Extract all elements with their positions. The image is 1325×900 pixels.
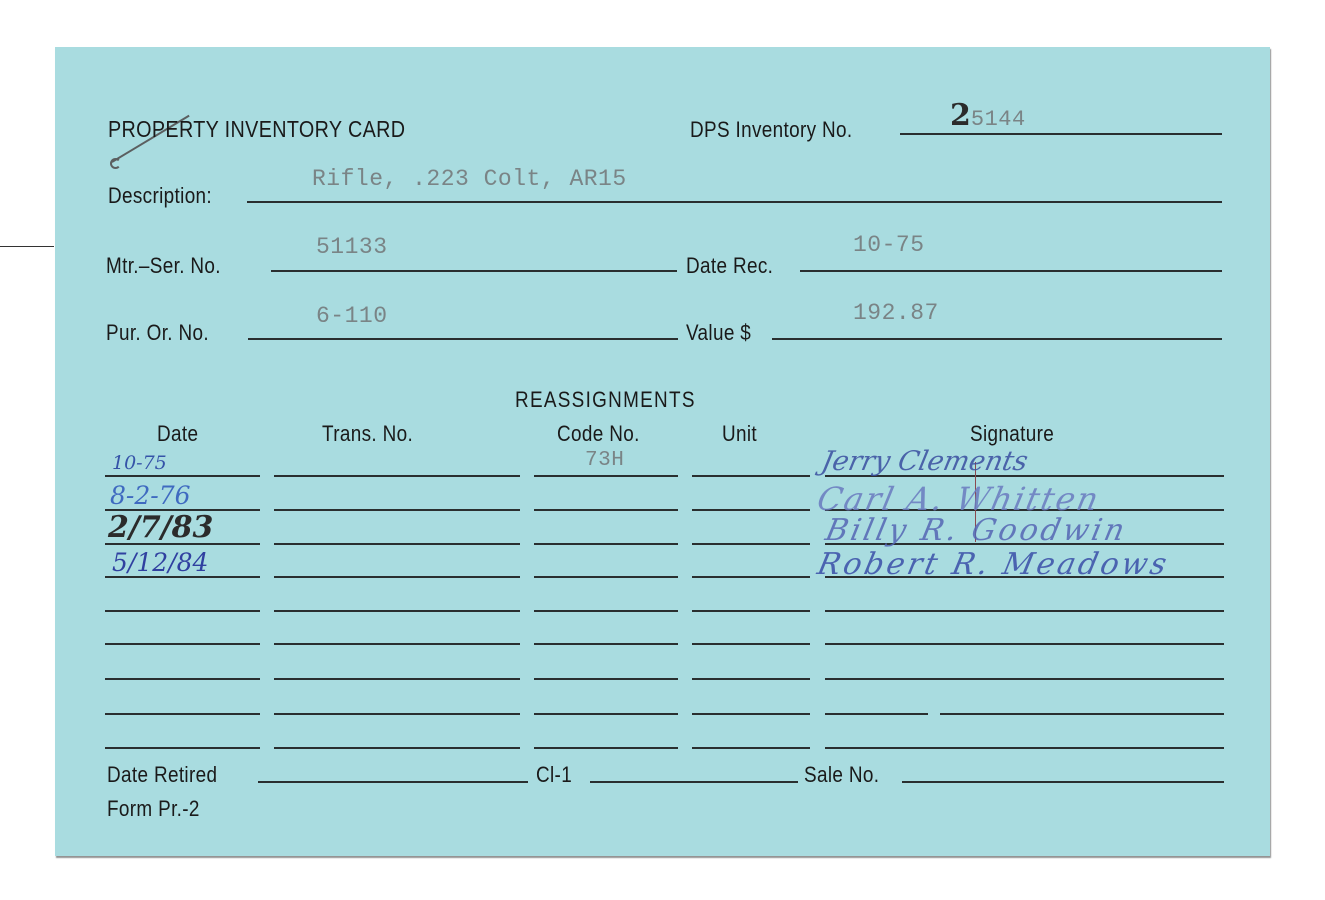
value-amount[interactable]: 192.87 <box>853 300 939 326</box>
property-inventory-card <box>55 47 1270 856</box>
card-title: PROPERTY INVENTORY CARD <box>108 116 405 143</box>
sale-no-label: Sale No. <box>804 762 879 788</box>
row-3-date[interactable]: 2/7/83 <box>108 510 213 545</box>
date-rec-line <box>800 270 1222 272</box>
column-header-code-no: Code No. <box>557 421 640 447</box>
mtr-ser-no-value[interactable]: 51133 <box>316 234 388 260</box>
description-value[interactable]: Rifle, .223 Colt, AR15 <box>312 166 627 192</box>
description-line <box>247 201 1222 203</box>
sale-no-line[interactable] <box>902 781 1224 783</box>
dps-inventory-label: DPS Inventory No. <box>690 117 853 143</box>
mtr-ser-no-label: Mtr.–Ser. No. <box>106 253 221 279</box>
dps-inventory-prefix: 2 <box>950 98 971 133</box>
date-rec-value[interactable]: 10-75 <box>853 232 925 258</box>
cl-1-line[interactable] <box>590 781 798 783</box>
row-1-signature[interactable]: Jerry Clements <box>819 446 1031 477</box>
date-retired-line[interactable] <box>258 781 528 783</box>
pur-or-no-value[interactable]: 6-110 <box>316 303 388 329</box>
column-header-trans-no: Trans. No. <box>322 421 413 447</box>
row-3-signature[interactable]: Billy R. Goodwin <box>822 513 1130 548</box>
row-1-date[interactable]: 10-75 <box>112 452 167 474</box>
pur-or-no-label: Pur. Or. No. <box>106 320 209 346</box>
value-label: Value $ <box>686 320 751 346</box>
row-4-signature[interactable]: Robert R. Meadows <box>814 547 1172 582</box>
dps-inventory-value: 5144 <box>971 107 1026 132</box>
mtr-ser-no-line <box>271 270 677 272</box>
paper-clip-end-icon <box>110 158 121 169</box>
pur-or-no-line <box>248 338 678 340</box>
row-4-date[interactable]: 5/12/84 <box>112 548 208 577</box>
background-card-edge <box>0 246 54 247</box>
column-header-signature: Signature <box>970 421 1054 447</box>
value-line <box>772 338 1222 340</box>
reassignments-title: REASSIGNMENTS <box>515 387 696 413</box>
dps-inventory-field[interactable]: 25144 <box>950 98 1026 133</box>
column-header-unit: Unit <box>722 421 757 447</box>
date-retired-label: Date Retired <box>107 762 217 788</box>
description-label: Description: <box>108 183 212 209</box>
row-1-code-no[interactable]: 73H <box>585 449 624 472</box>
dps-inventory-line <box>900 133 1222 135</box>
date-rec-label: Date Rec. <box>686 253 773 279</box>
form-id: Form Pr.-2 <box>107 796 200 822</box>
row-2-date[interactable]: 8-2-76 <box>110 481 191 510</box>
cl-1-label: Cl-1 <box>536 762 572 788</box>
column-header-date: Date <box>157 421 198 447</box>
